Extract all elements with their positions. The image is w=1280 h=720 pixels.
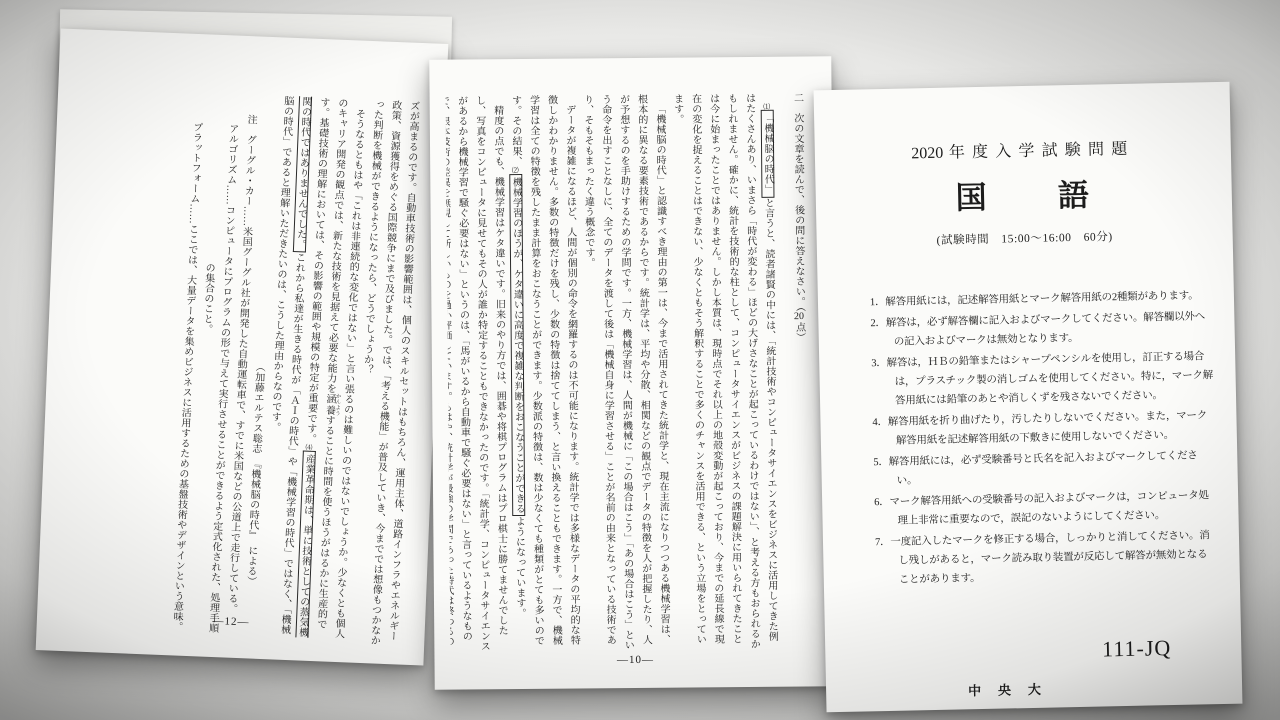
paragraph: 精度の点でも、機械学習はケタ違いです。旧来のやり方では、囲碁や将棋プログラムはプ… bbox=[446, 95, 511, 652]
subject-title: 国 語 bbox=[815, 167, 1232, 221]
instruction-item-3: 3．解答は，ＨＢの鉛筆またはシャープペンシルを使用し，訂正する場合は，プラスチッ… bbox=[871, 347, 1214, 411]
exam-year-title: 2020年度入学試験問題 bbox=[815, 134, 1231, 166]
text-run: 「機械脳の時代」と認識すべき理由の第一は、今まで活用されてきた統計学と、現在主流… bbox=[582, 94, 670, 650]
exam-cover-page: 2020年度入学試験問題 国 語 (試験時間 15:00～16:00 60分) … bbox=[814, 82, 1243, 713]
exam-time-note: (試験時間 15:00～16:00 60分) bbox=[817, 226, 1233, 251]
ruby-word: 涵養かんよう bbox=[323, 393, 335, 415]
text-run: ズが高まるのです。自動車技術の影響範囲は、個人のスキルセットはもちろん、運用主体… bbox=[361, 99, 419, 646]
page-12-vertical-text: ズが高まるのです。自動車技術の影響範囲は、個人のスキルセットはもちろん、運用主体… bbox=[54, 87, 422, 648]
text-run: 二 次の文章を読んで、後の問に答えなさい。（ bbox=[792, 93, 805, 312]
section-header: 二 次の文章を読んで、後の問に答えなさい。（20点） bbox=[788, 92, 811, 648]
instruction-item-7: 7．一度記入したマークを修正する場合，しっかりと消してください。消し残しがあると… bbox=[875, 526, 1218, 590]
instruction-item-4: 4．解答用紙を折り曲げたり，汚したりしないでください。また，マーク解答用紙を記述… bbox=[872, 406, 1215, 451]
text-run: ようになっています。 bbox=[513, 516, 525, 618]
scanned-exam-scene: ズが高まるのです。自動車技術の影響範囲は、個人のスキルセットはもちろん、運用主体… bbox=[0, 0, 1280, 720]
instruction-item-2: 2．解答は，必ず解答欄に記入およびマークしてください。解答欄以外への記入およびマ… bbox=[870, 307, 1213, 352]
instructions-list: 1．解答用紙には，記述解答用紙とマーク解答用紙の2種類があります。 2．解答は，… bbox=[870, 286, 1218, 590]
exam-page-12: ズが高まるのです。自動車技術の影響範囲は、個人のスキルセットはもちろん、運用主体… bbox=[36, 28, 449, 665]
paragraph: 「機械脳の時代」と認識すべき理由の第一は、今まで活用されてきた統計学と、現在主流… bbox=[578, 94, 673, 651]
paragraph: データが複雑になるほど、人間が個別の命令を網羅するのは不可能になります。統計学で… bbox=[506, 94, 583, 651]
instruction-item-6: 6．マーク解答用紙への受験番号の記入およびマークは，コンピュータ処理上非常に重要… bbox=[874, 486, 1217, 531]
exam-title-text: 年度入学試験問題 bbox=[949, 141, 1135, 162]
paragraph: ⑴「機械脳の時代」と言うと、読者諸賢の中には、「統計技術やコンピュータサイエンス… bbox=[668, 93, 781, 650]
text-run: 点） bbox=[794, 322, 805, 343]
university-name: 中 央 大 bbox=[968, 679, 1043, 700]
exam-page-10: 二 次の文章を読んで、後の問に答えなさい。（20点）⑴「機械脳の時代」と言うと、… bbox=[429, 56, 836, 689]
instruction-item-5: 5．解答用紙には，必ず受験番号と氏名を記入およびマークしてください。 bbox=[873, 446, 1216, 491]
text-run: 精度の点でも、機械学習はケタ違いです。旧来のやり方では、囲碁や将棋プログラムはプ… bbox=[446, 95, 508, 651]
exam-year: 2020 bbox=[911, 145, 943, 163]
page-10-number: ―10― bbox=[434, 652, 836, 668]
page-10-vertical-text: 二 次の文章を読んで、後の問に答えなさい。（20点）⑴「機械脳の時代」と言うと、… bbox=[446, 92, 811, 651]
boxed-phrase: 機械学習のほうが、ケタ違いに高度で複雑な判断をおこなうことができる bbox=[509, 174, 525, 517]
exam-form-code: 111-JQ bbox=[1102, 635, 1172, 662]
question-ref-marker: ⑵ bbox=[511, 166, 519, 173]
text-run: 20 bbox=[793, 312, 804, 322]
boxed-phrase: 「機械脳の時代」 bbox=[761, 110, 775, 198]
